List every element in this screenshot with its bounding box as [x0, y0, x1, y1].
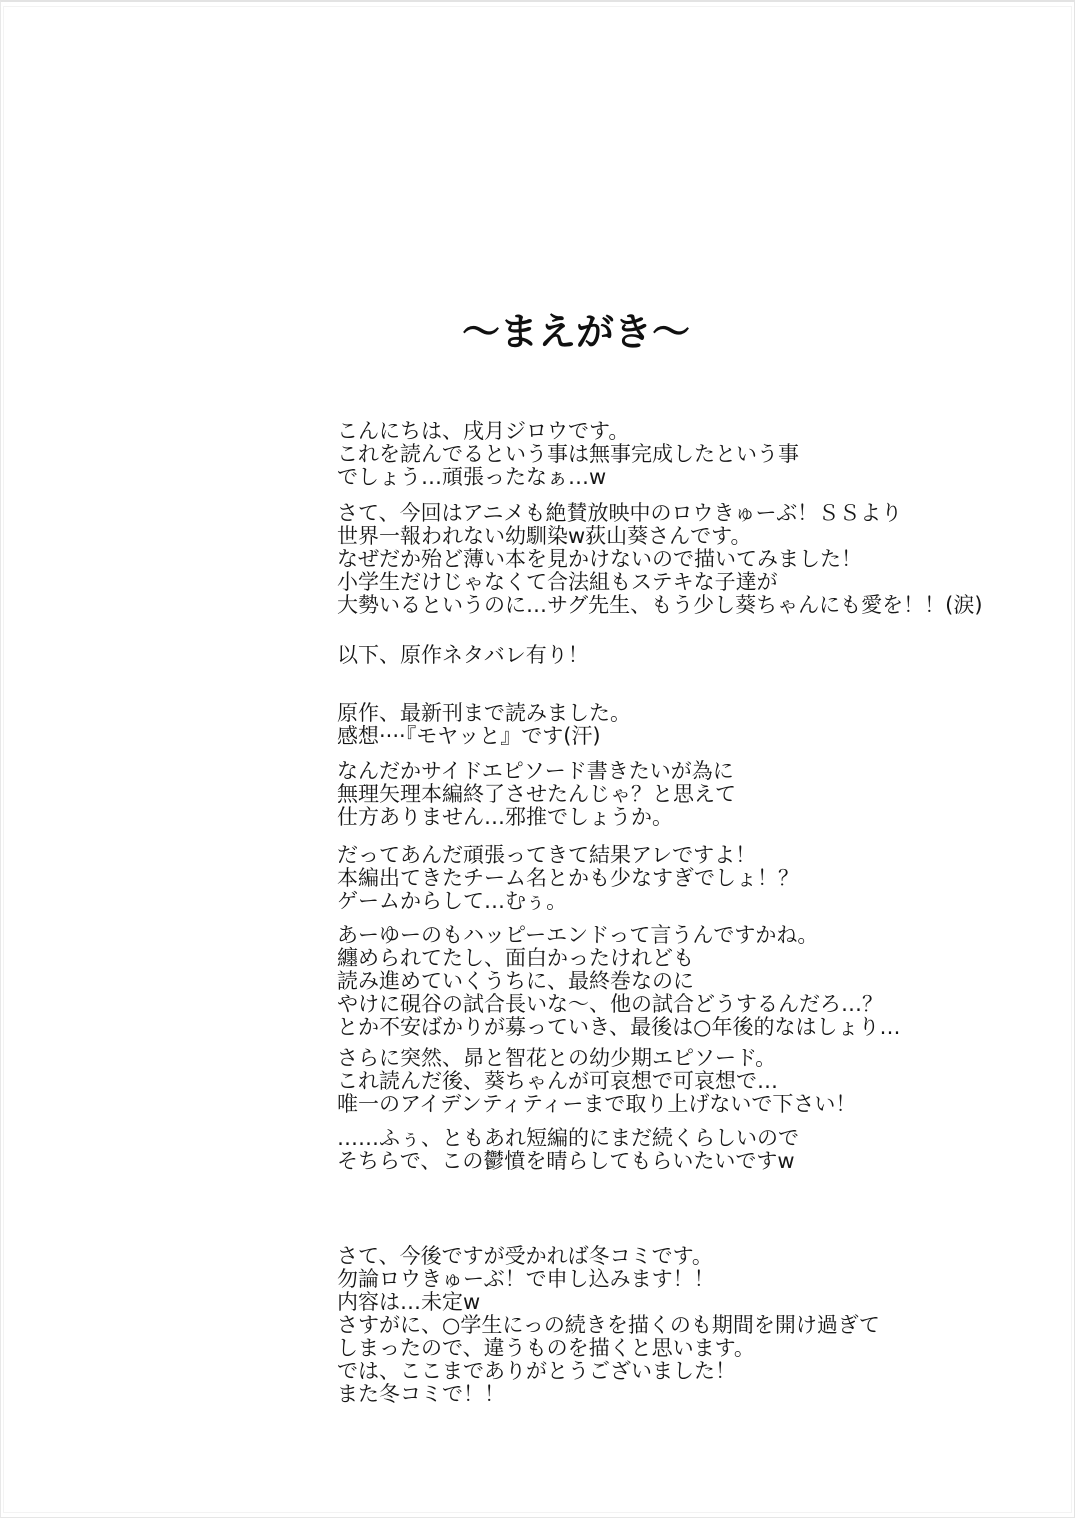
paragraph-side-episode-suspicion: なんだかサイドエピソード書きたいが為に 無理矢理本編終了させたんじゃ？と思えて … — [337, 760, 736, 829]
preface-page: ～まえがき～ こんにちは、戌月ジロウです。 これを読んでるという事は無事完成した… — [0, 0, 1075, 1518]
spoiler-warning: 以下、原作ネタバレ有り！ — [337, 644, 589, 667]
paragraph-complaints: だってあんだ頑張ってきて結果アレですよ！ 本編出てきたチーム名とかも少なすぎでし… — [337, 844, 799, 913]
page-title: ～まえがき～ — [462, 309, 690, 355]
paragraph-greeting: こんにちは、戌月ジロウです。 これを読んでるという事は無事完成したという事 でし… — [337, 420, 799, 489]
paragraph-happy-end-doubts: あーゆーのもハッピーエンドって言うんですかね。 纏められてたし、面白かったけれど… — [337, 924, 900, 1039]
paragraph-childhood-episode: さらに突然、昴と智花との幼少期エピソード。 これ読んだ後、葵ちゃんが可哀想で可哀… — [337, 1047, 856, 1116]
paragraph-impressions: 原作、最新刊まで読みました。 感想····『モヤッと』です(汗) — [337, 702, 631, 748]
paragraph-work-intro: さて、今回はアニメも絶賛放映中のロウきゅーぶ！ＳＳより 世界一報われない幼馴染w… — [337, 502, 983, 617]
paragraph-future-plans: さて、今後ですが受かれば冬コミです。 勿論ロウきゅーぶ！で申し込みます！！ 内容… — [337, 1245, 880, 1406]
paragraph-sequel-hope: ……ふぅ、ともあれ短編的にまだ続くらしいので そちらで、この鬱憤を晴らしてもらい… — [337, 1127, 799, 1173]
